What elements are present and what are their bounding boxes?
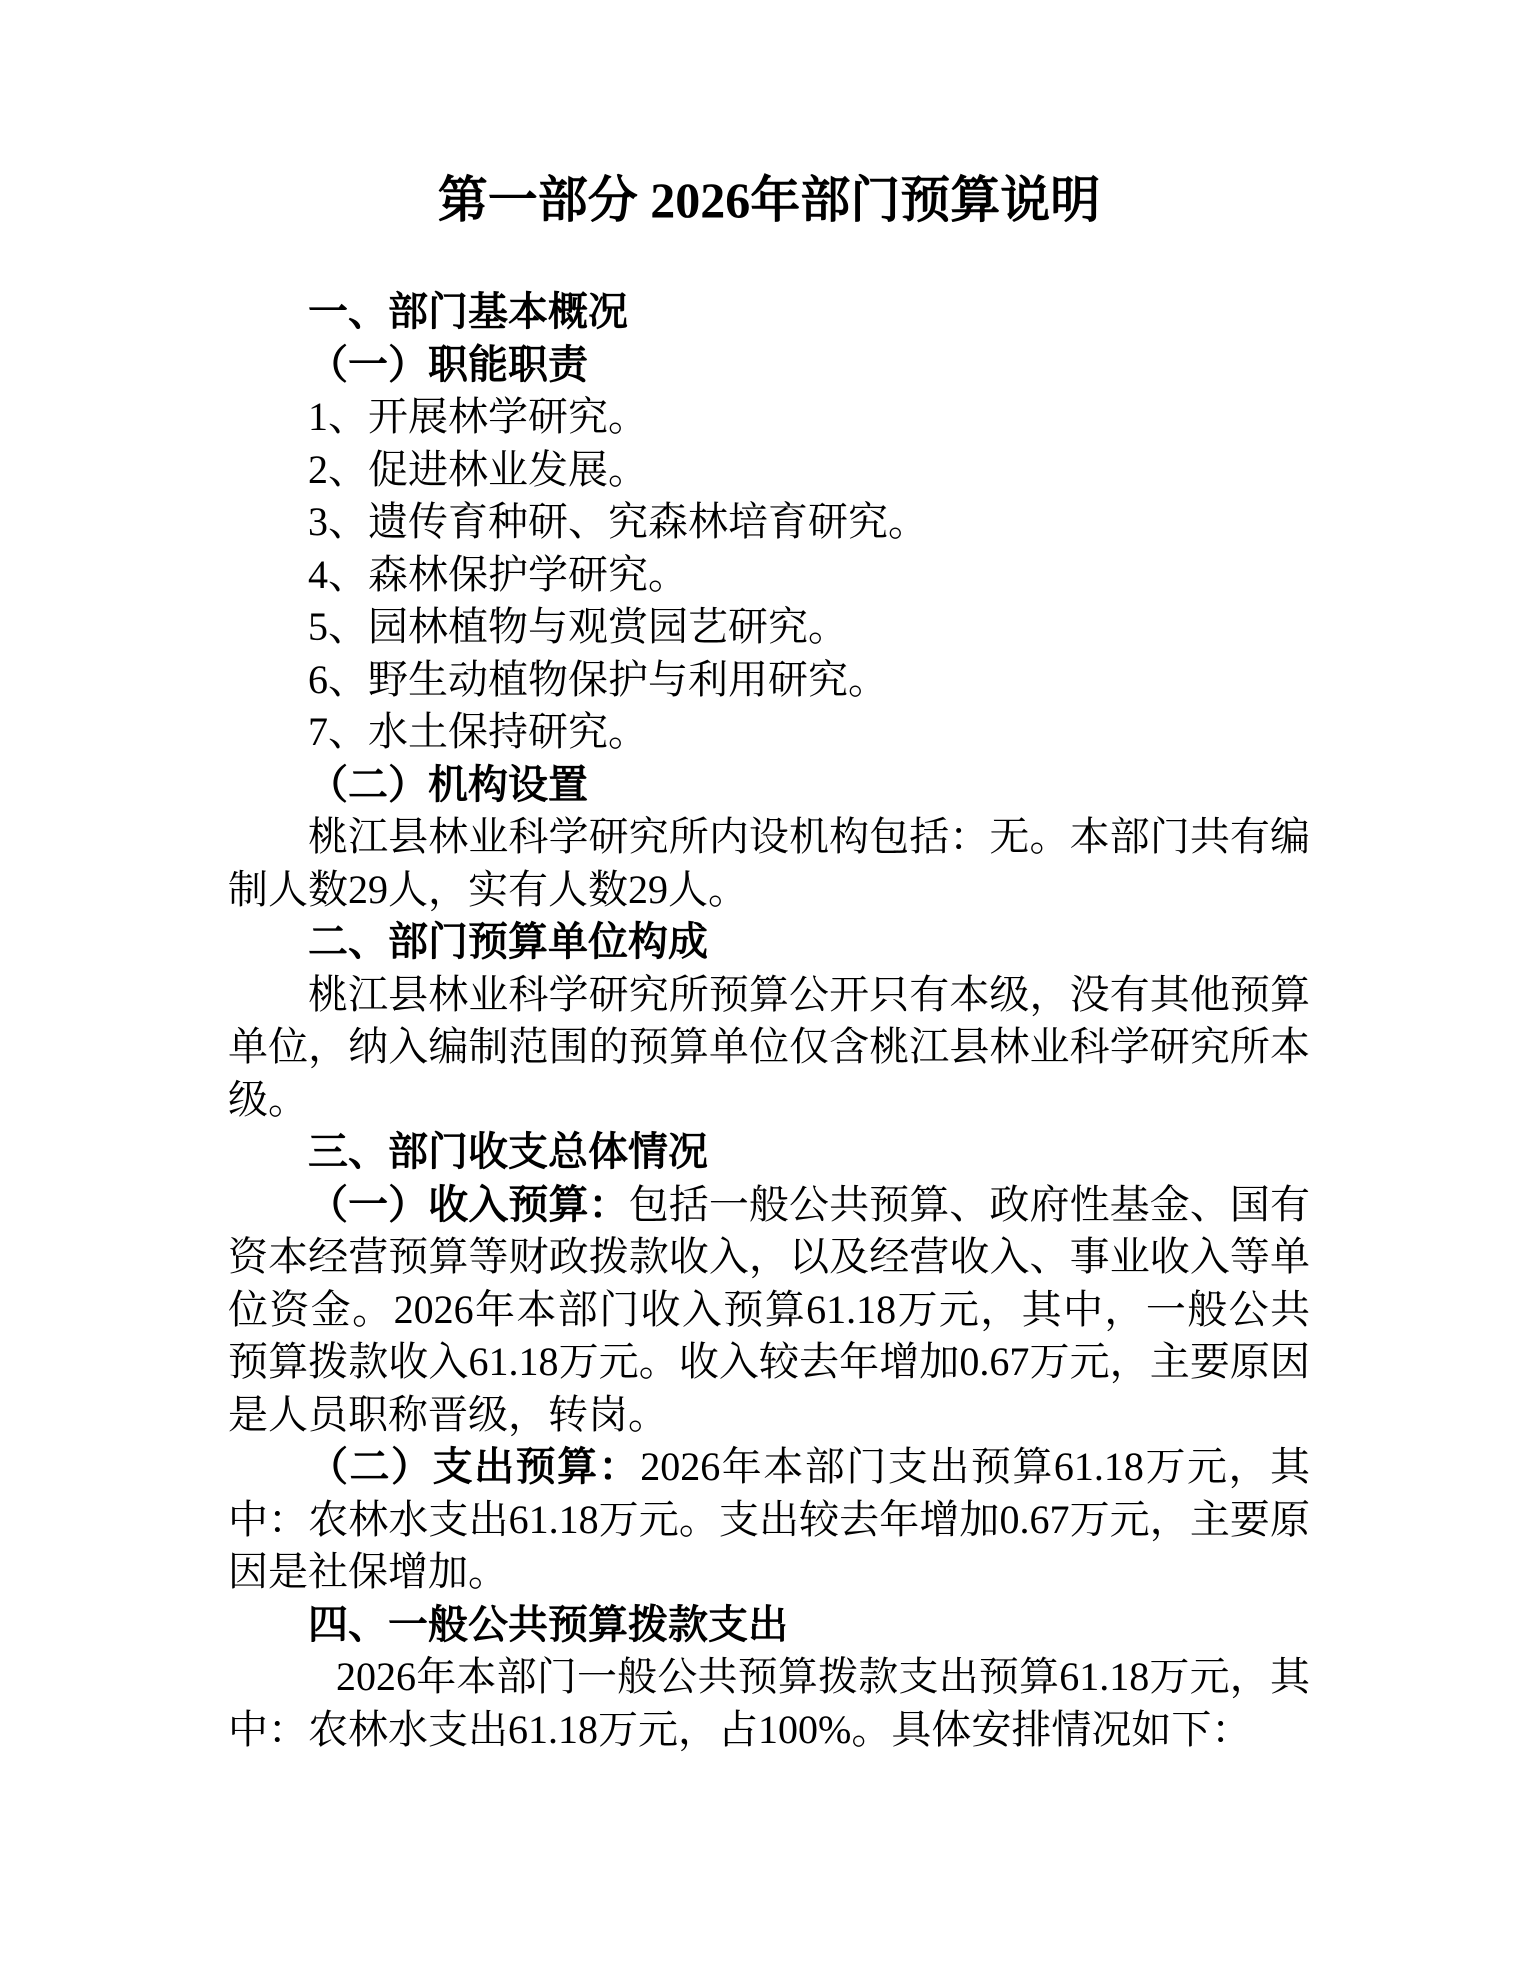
unit-paragraph: 桃江县林业科学研究所预算公开只有本级，没有其他预算单位，纳入编制范围的预算单位仅… <box>228 969 1310 1127</box>
budget-paragraph: 2026年本部门一般公共预算拨款支出预算61.18万元，其中：农林水支出61.1… <box>228 1651 1310 1756</box>
expense-lead: （二）支出预算： <box>308 1444 640 1489</box>
duty-item-1: 1、开展林学研究。 <box>228 391 1310 444</box>
duty-item-3: 3、遗传育种研、究森林培育研究。 <box>228 496 1310 549</box>
heading-revenue-expenditure: 三、部门收支总体情况 <box>228 1126 1310 1179</box>
heading-unit-composition: 二、部门预算单位构成 <box>228 916 1310 969</box>
duty-item-6: 6、野生动植物保护与利用研究。 <box>228 654 1310 707</box>
duty-item-7: 7、水土保持研究。 <box>228 706 1310 759</box>
duty-item-2: 2、促进林业发展。 <box>228 444 1310 497</box>
income-paragraph: （一）收入预算：包括一般公共预算、政府性基金、国有资本经营预算等财政拨款收入，以… <box>228 1179 1310 1442</box>
income-lead: （一）收入预算： <box>308 1182 629 1227</box>
duty-item-5: 5、园林植物与观赏园艺研究。 <box>228 601 1310 654</box>
expense-paragraph: （二）支出预算：2026年本部门支出预算61.18万元，其中：农林水支出61.1… <box>228 1441 1310 1599</box>
duty-item-4: 4、森林保护学研究。 <box>228 549 1310 602</box>
document-title: 第一部分 2026年部门预算说明 <box>228 170 1310 230</box>
document-body: 一、部门基本概况 （一）职能职责 1、开展林学研究。 2、促进林业发展。 3、遗… <box>228 286 1310 1756</box>
org-paragraph: 桃江县林业科学研究所内设机构包括：无。本部门共有编制人数29人，实有人数29人。 <box>228 811 1310 916</box>
heading-budget-expenditure: 四、一般公共预算拨款支出 <box>228 1599 1310 1652</box>
heading-duties: （一）职能职责 <box>228 339 1310 392</box>
heading-overview: 一、部门基本概况 <box>228 286 1310 339</box>
heading-org-setup: （二）机构设置 <box>228 759 1310 812</box>
document-page: 第一部分 2026年部门预算说明 一、部门基本概况 （一）职能职责 1、开展林学… <box>0 0 1530 1980</box>
